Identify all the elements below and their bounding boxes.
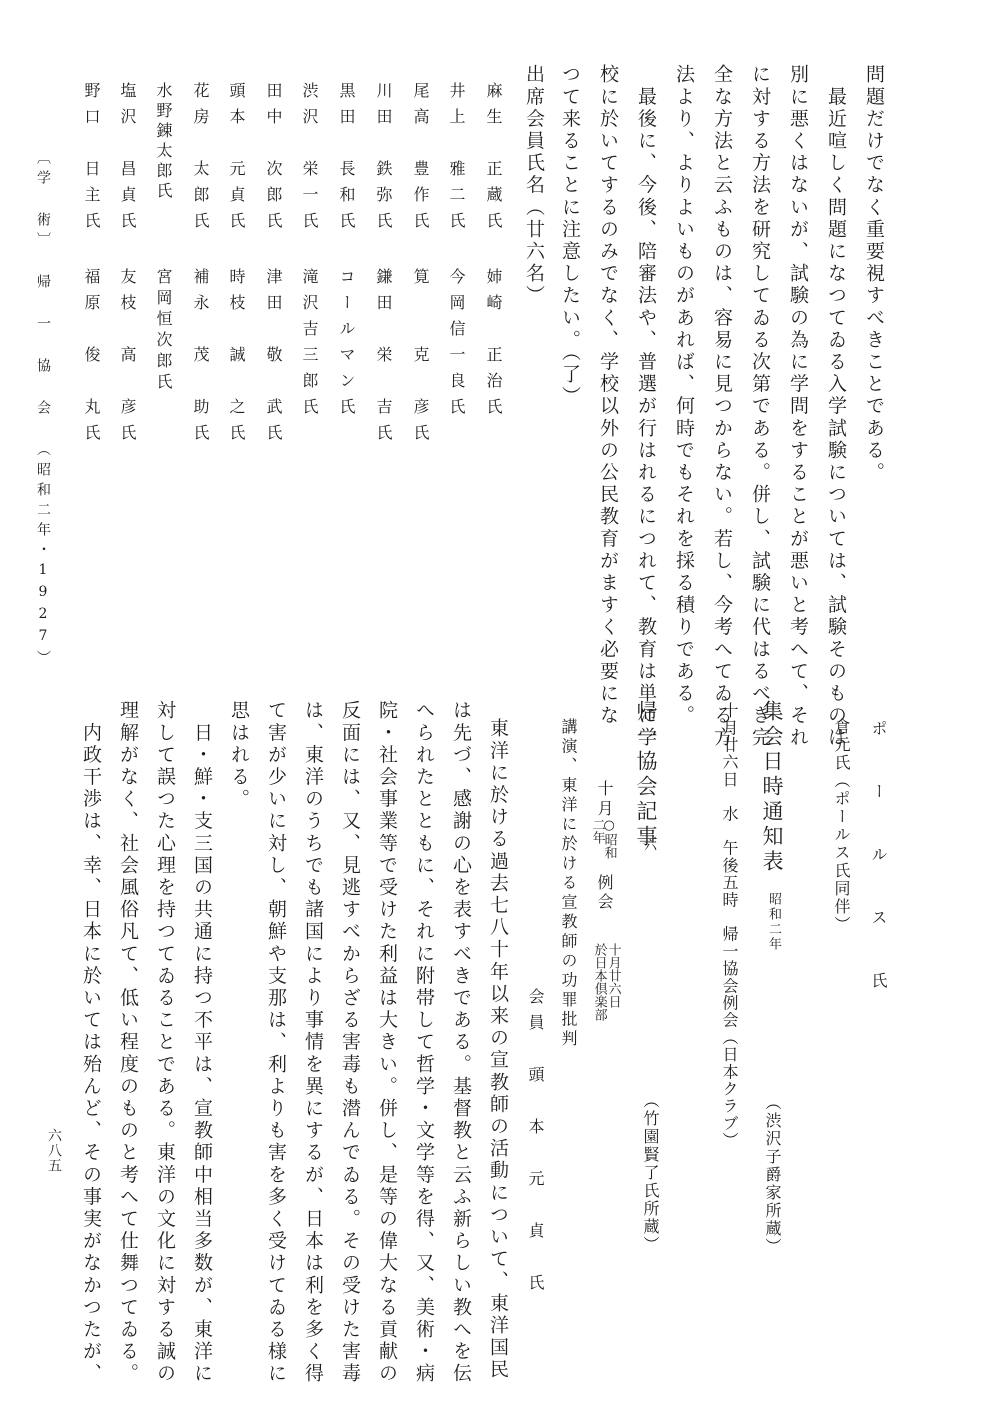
- meeting-label: 例会: [596, 874, 612, 912]
- paragraph-line: 別に悪くはないが、試験の為に学問をすることが悪いと考へて、それ: [788, 64, 807, 749]
- lecture-title: 講演、東洋に於ける宣教師の功罪批判: [560, 718, 576, 1050]
- attendee-lower: 滝沢吉三郎氏: [301, 268, 317, 424]
- record-number: 六: [642, 838, 655, 852]
- attendee-upper: 川田 鉄弥氏: [375, 82, 391, 238]
- record-source: （竹園賢了氏所蔵）: [642, 1092, 658, 1254]
- attendee-upper: 花房 太郎氏: [192, 82, 208, 238]
- meeting-date-bottom: 於日本倶楽部: [592, 943, 606, 1021]
- body-line: 日・鮮・支三国の共通に持つ不平は、宣教師中相当多数が、東洋に: [192, 700, 211, 1385]
- body-line: は、東洋のうちでも諸国により事情を異にするが、日本は利を多く得: [303, 700, 322, 1385]
- attendee-upper: 黒田 長和氏: [338, 82, 354, 238]
- paragraph-line: つて来ることに注意したい。（了）: [560, 64, 579, 408]
- paragraph-line: 法より、よりよいものがあれば、何時でもそれを採る積りである。: [674, 64, 693, 727]
- page-number: 六八五: [44, 1128, 64, 1173]
- attendee-lower: 宮岡恒次郎氏: [155, 268, 171, 394]
- body-line: へられたとともに、それに附帯して哲学・文学等を得、又、美術・病: [414, 700, 433, 1385]
- meeting-prefix: 十月: [596, 780, 612, 820]
- attendee-lower: 福原 俊 丸氏: [83, 268, 99, 450]
- body-line: 理解がなく、社会風俗凡て、低い程度のものと考へて仕舞つてゐる。: [118, 700, 137, 1385]
- continued-name: ポ ー ル ス 氏: [870, 720, 886, 1002]
- attendees-heading: 出席会員氏名（廿六名）: [524, 64, 543, 307]
- meeting-date-top: 十月廿六日: [606, 943, 620, 1008]
- notice-source: （渋沢子爵家所蔵）: [764, 1094, 780, 1256]
- record-title: 帰一協会記事: [635, 700, 656, 850]
- body-line: 内政干渉は、幸、日本に於いては殆んど、その事実がなかつたが、: [81, 700, 100, 1385]
- attendee-lower: コールマン氏: [338, 268, 354, 424]
- attendee-lower: 津田 敬 武氏: [265, 268, 281, 450]
- attendee-upper: 水野錬太郎氏: [155, 82, 171, 202]
- continued-name: 倉元氏（ポールス氏同伴）: [833, 718, 849, 934]
- body-line: て害が少いに対し、朝鮮や支那は、利よりも害を多く受けてゐる様に: [266, 700, 285, 1385]
- attendee-lower: 友枝 高 彦氏: [119, 268, 135, 450]
- paragraph-line: に対する方法を研究してゐる次第である。併し、試験に代はるべき完: [750, 64, 769, 749]
- notice-era: 昭和二年: [767, 892, 780, 952]
- body-line: 反面には、又、見逃すべからざる害毒も潜んでゐる。その受けた害毒: [340, 700, 359, 1385]
- body-line: 思はれる。: [229, 700, 248, 811]
- body-line: は先づ、感謝の心を表すべきである。基督教と云ふ新らしい教へを伝: [451, 700, 470, 1385]
- running-header: 〔学 術〕 帰 一 協 会 （昭和二年・1927）: [36, 150, 50, 670]
- meeting-year-bottom: 二年: [590, 818, 604, 844]
- attendee-upper: 尾高 豊作氏: [412, 82, 428, 238]
- speaker: 会員 頭 本 元 貞 氏: [527, 988, 543, 1300]
- attendee-lower: 筧 克 彦氏: [412, 268, 428, 450]
- body-line: 東洋に於ける過去七八十年以来の宣教師の活動について、東洋国民: [488, 718, 507, 1381]
- notice-title: 集会日時通知表: [761, 700, 782, 875]
- attendee-lower: 補永 茂 助氏: [192, 268, 208, 450]
- body-line: 院・社会事業等で受けた利益は大きい。併し、是等の偉大なる貢献の: [377, 700, 396, 1385]
- attendee-upper: 田中 次郎氏: [265, 82, 281, 238]
- notice-detail: 十月廿六日 水 午後五時 帰一協会例会（日本クラブ）: [721, 702, 737, 1149]
- paragraph-line: 全な方法と云ふものは、容易に見つからない。若し、今考へてゐる方: [712, 64, 731, 749]
- paragraph-line: 問題だけでなく重要視すべきことである。: [864, 64, 883, 484]
- attendee-upper: 塩沢 昌貞氏: [119, 82, 135, 238]
- attendee-upper: 麻生 正蔵氏: [485, 82, 501, 238]
- attendee-lower: 時枝 誠 之氏: [228, 268, 244, 450]
- attendee-upper: 渋沢 栄一氏: [301, 82, 317, 238]
- body-line: 対して誤つた心理を持つてゐることである。東洋の文化に対する誠の: [155, 700, 174, 1385]
- attendee-upper: 頭本 元貞氏: [228, 82, 244, 238]
- paragraph-line: 最近喧しく問題になつてゐる入学試験については、試験そのものは: [826, 64, 845, 749]
- paragraph-line: 最後に、今後、陪審法や、普選が行はれるにつれて、教育は単に学: [636, 64, 655, 749]
- attendee-lower: 今岡信一良氏: [448, 268, 464, 424]
- attendee-upper: 野口 日主氏: [83, 82, 99, 238]
- attendee-lower: 姉崎 正治氏: [485, 268, 501, 424]
- paragraph-line: 校に於いてするのみでなく、学校以外の公民教育がますく必要にな: [598, 64, 617, 727]
- attendee-upper: 井上 雅二氏: [448, 82, 464, 238]
- attendee-lower: 鎌田 栄 吉氏: [375, 268, 391, 450]
